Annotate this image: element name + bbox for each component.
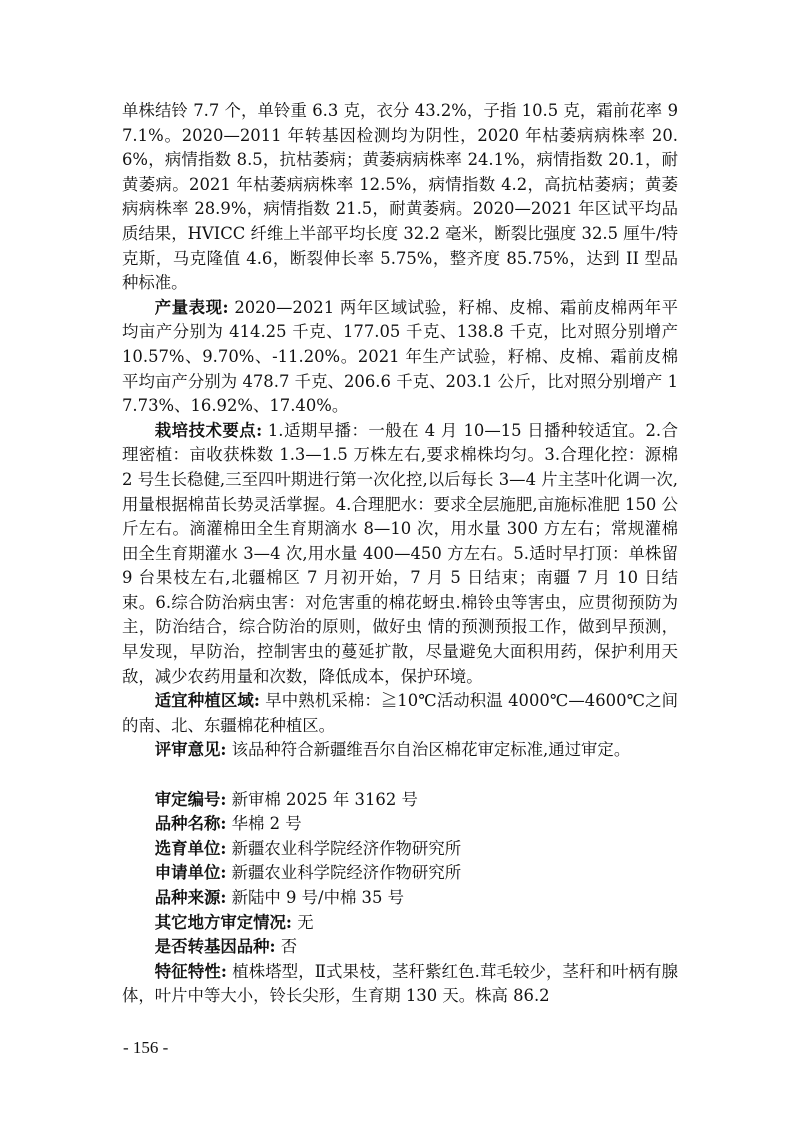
paragraph-review: 评审意见: 该品种符合新疆维吾尔自治区棉花审定标准,通过审定。 bbox=[122, 738, 678, 763]
transgenic-label: 是否转基因品种: bbox=[155, 937, 276, 956]
document-page: 单株结铃 7.7 个，单铃重 6.3 克，衣分 43.2%，子指 10.5 克，… bbox=[122, 99, 678, 1009]
paragraph-quality-continuation: 单株结铃 7.7 个，单铃重 6.3 克，衣分 43.2%，子指 10.5 克，… bbox=[122, 99, 678, 296]
cultivation-label: 栽培技术要点: bbox=[155, 421, 262, 440]
origin-label: 品种来源: bbox=[155, 888, 227, 907]
review-label: 评审意见: bbox=[155, 740, 227, 759]
variety-name-label: 品种名称: bbox=[155, 814, 227, 833]
paragraph-yield: 产量表现: 2020—2021 两年区域试验，籽棉、皮棉、霜前皮棉两年平均亩产分… bbox=[122, 296, 678, 419]
region-label: 适宜种植区域: bbox=[155, 691, 260, 710]
field-other-approval: 其它地方审定情况: 无 bbox=[122, 911, 678, 936]
variety-name-value: 华棉 2 号 bbox=[226, 814, 301, 833]
origin-value: 新陆中 9 号/中棉 35 号 bbox=[226, 888, 404, 907]
yield-label: 产量表现: bbox=[155, 298, 229, 317]
field-transgenic: 是否转基因品种: 否 bbox=[122, 935, 678, 960]
applicant-value: 新疆农业科学院经济作物研究所 bbox=[226, 863, 461, 882]
breeder-value: 新疆农业科学院经济作物研究所 bbox=[226, 839, 461, 858]
field-variety-name: 品种名称: 华棉 2 号 bbox=[122, 812, 678, 837]
review-text: 该品种符合新疆维吾尔自治区棉花审定标准,通过审定。 bbox=[226, 740, 630, 759]
cultivation-text: 1.适期早播：一般在 4 月 10—15 日播种较适宜。2.合理密植：亩收获株数… bbox=[122, 421, 678, 686]
other-approval-label: 其它地方审定情况: bbox=[155, 913, 292, 932]
traits-label: 特征特性: bbox=[155, 962, 227, 981]
paragraph-region: 适宜种植区域: 早中熟机采棉：≧10℃活动积温 4000℃—4600℃之间的南、… bbox=[122, 689, 678, 738]
approval-no-label: 审定编号: bbox=[155, 790, 227, 809]
section-spacer bbox=[122, 763, 678, 788]
transgenic-value: 否 bbox=[276, 937, 298, 956]
page-number: - 156 - bbox=[123, 1038, 168, 1058]
breeder-label: 选育单位: bbox=[155, 839, 227, 858]
field-breeder: 选育单位: 新疆农业科学院经济作物研究所 bbox=[122, 837, 678, 862]
other-approval-value: 无 bbox=[292, 913, 314, 932]
paragraph-cultivation: 栽培技术要点: 1.适期早播：一般在 4 月 10—15 日播种较适宜。2.合理… bbox=[122, 419, 678, 690]
applicant-label: 申请单位: bbox=[155, 863, 227, 882]
field-applicant: 申请单位: 新疆农业科学院经济作物研究所 bbox=[122, 861, 678, 886]
field-origin: 品种来源: 新陆中 9 号/中棉 35 号 bbox=[122, 886, 678, 911]
paragraph-traits: 特征特性: 植株塔型，Ⅱ式果枝，茎秆紫红色.茸毛较少，茎秆和叶柄有腺体，叶片中等… bbox=[122, 960, 678, 1009]
field-approval-no: 审定编号: 新审棉 2025 年 3162 号 bbox=[122, 788, 678, 813]
approval-no-value: 新审棉 2025 年 3162 号 bbox=[226, 790, 417, 809]
